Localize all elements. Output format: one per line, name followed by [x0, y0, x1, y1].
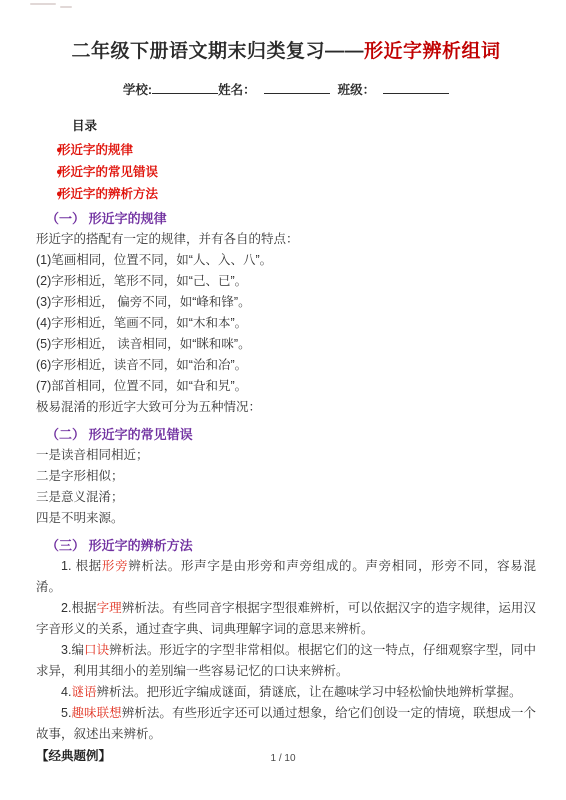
rule-line-2: (2)字形相近，笔形不同，如“己、已”。 [36, 271, 536, 292]
method-paragraph-5: 5.趣味联想辨析法。有些形近字还可以通过想象，给它们创设一定的情境，联想成一个故… [36, 703, 536, 745]
method-paragraph-4: 4.谜语辨析法。把形近字编成谜面，猜谜底，让在趣味学习中轻松愉快地辨析掌握。 [36, 682, 536, 703]
page-corner-artifact [30, 3, 82, 9]
bullet-icon: ● [36, 187, 58, 202]
method-text: 1. 根据 [61, 559, 102, 573]
rule-line-6: (6)字形相近，读音不同，如“治和冶”。 [36, 355, 536, 376]
class-label: 班级： [338, 83, 376, 97]
method-paragraph-2: 2.根据字理辨析法。有些同音字根据字型很难辨析，可以依据汉字的造字规律，运用汉字… [36, 598, 536, 640]
method-text: 辨析法。把形近字编成谜面，猜谜底，让在趣味学习中轻松愉快地辨析掌握。 [96, 685, 521, 699]
rule-line-4: (4)字形相近，笔画不同，如“木和本”。 [36, 313, 536, 334]
header-fill-line: 学校:姓名：班级： [36, 80, 536, 98]
error-line-2: 二是字形相似； [36, 466, 536, 487]
section-1-outro: 极易混淆的形近字大致可分为五种情况： [36, 397, 536, 418]
name-label: 姓名： [218, 83, 256, 97]
method-text: 2.根据 [61, 601, 97, 615]
error-line-4: 四是不明来源。 [36, 508, 536, 529]
toc-item-label: 形近字的辨析方法 [58, 187, 158, 202]
method-keyword: 趣味联想 [71, 706, 121, 720]
toc-item-methods: ● 形近字的辨析方法 [36, 187, 536, 202]
section-1-intro: 形近字的搭配有一定的规律，并有各自的特点： [36, 229, 536, 250]
page-title-red: 形近字辨析组词 [364, 41, 501, 62]
rule-line-3: (3)字形相近， 偏旁不同，如“峰和锋”。 [36, 292, 536, 313]
bullet-icon: ● [36, 165, 58, 180]
page-content: 二年级下册语文期末归类复习——形近字辨析组词 学校:姓名：班级： 目录 ● 形近… [0, 0, 566, 767]
method-text: 5. [61, 706, 71, 720]
rule-line-5: (5)字形相近， 读音相同，如“眯和咪”。 [36, 334, 536, 355]
method-keyword: 口诀 [84, 643, 109, 657]
page-number: 1 / 10 [0, 753, 566, 764]
page-title-black: 二年级下册语文期末归类复习—— [71, 41, 364, 62]
method-keyword: 形旁 [102, 559, 128, 573]
bullet-icon: ● [36, 143, 58, 158]
method-keyword: 字理 [97, 601, 122, 615]
error-line-1: 一是读音相同相近； [36, 445, 536, 466]
section-3-heading: （三） 形近字的辨析方法 [36, 535, 536, 556]
toc-title: 目录 [36, 116, 536, 136]
class-blank [383, 82, 449, 94]
method-text: 4. [61, 685, 71, 699]
section-1-heading: （一） 形近字的规律 [36, 208, 536, 229]
method-text: 辨析法。形近字的字型非常相似。根据它们的这一特点，仔细观察字型，同中求异，利用其… [36, 643, 536, 678]
method-paragraph-1: 1. 根据形旁辨析法。形声字是由形旁和声旁组成的。声旁相同，形旁不同，容易混淆。 [36, 556, 536, 598]
table-of-contents: 目录 ● 形近字的规律 ● 形近字的常见错误 ● 形近字的辨析方法 [36, 116, 536, 202]
section-2-heading: （二） 形近字的常见错误 [36, 424, 536, 445]
method-text: 3.编 [61, 643, 84, 657]
document-page: 二年级下册语文期末归类复习——形近字辨析组词 学校:姓名：班级： 目录 ● 形近… [0, 0, 566, 800]
school-label: 学校: [123, 83, 152, 97]
toc-item-rules: ● 形近字的规律 [36, 143, 536, 158]
school-blank [152, 82, 218, 94]
toc-item-label: 形近字的常见错误 [58, 165, 158, 180]
toc-item-label: 形近字的规律 [58, 143, 133, 158]
rule-line-7: (7)部首相同，位置不同，如“旮和旯”。 [36, 376, 536, 397]
error-line-3: 三是意义混淆； [36, 487, 536, 508]
toc-item-errors: ● 形近字的常见错误 [36, 165, 536, 180]
method-paragraph-3: 3.编口诀辨析法。形近字的字型非常相似。根据它们的这一特点，仔细观察字型，同中求… [36, 640, 536, 682]
page-title: 二年级下册语文期末归类复习——形近字辨析组词 [36, 40, 536, 63]
rule-line-1: (1)笔画相同，位置不同，如“人、入、八”。 [36, 250, 536, 271]
method-keyword: 谜语 [71, 685, 96, 699]
name-blank [264, 82, 330, 94]
